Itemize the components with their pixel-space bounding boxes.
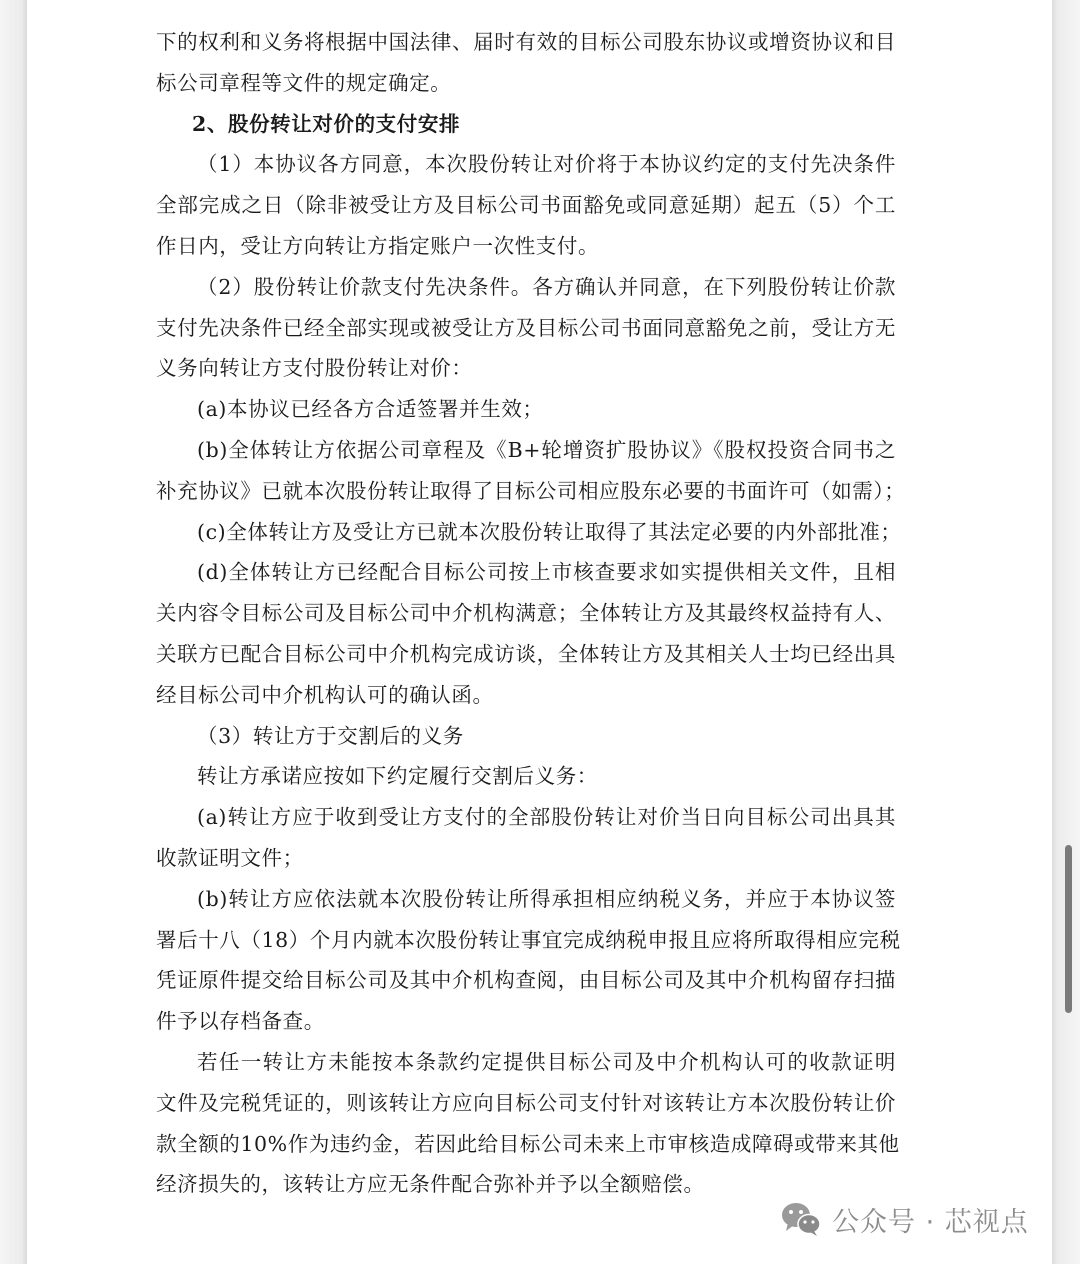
text-line: 转让方承诺应按如下约定履行交割后义务： <box>156 756 896 797</box>
text-line: （1）本协议各方同意，本次股份转让对价将于本协议约定的支付先决条件 <box>156 144 896 185</box>
scrollbar[interactable] <box>1060 0 1076 1264</box>
text-line: 关联方已配合目标公司中介机构完成访谈，全体转让方及其相关人士均已经出具 <box>156 634 896 675</box>
text-line: 凭证原件提交给目标公司及其中介机构查阅，由目标公司及其中介机构留存扫描 <box>156 960 896 1001</box>
wechat-icon <box>780 1201 822 1237</box>
left-margin <box>0 0 27 1264</box>
text-line: 补充协议》已就本次股份转让取得了目标公司相应股东必要的书面许可（如需）； <box>156 471 896 512</box>
text-line: 下的权利和义务将根据中国法律、届时有效的目标公司股东协议或增资协议和目 <box>156 22 896 63</box>
text-line: (c)全体转让方及受让方已就本次股份转让取得了其法定必要的内外部批准； <box>156 512 896 553</box>
text-line: 收款证明文件； <box>156 838 896 879</box>
document-body: 下的权利和义务将根据中国法律、届时有效的目标公司股东协议或增资协议和目 标公司章… <box>156 22 896 1205</box>
text-line: 件予以存档备查。 <box>156 1001 896 1042</box>
text-line: （3）转让方于交割后的义务 <box>156 716 896 757</box>
text-line: (b)转让方应依法就本次股份转让所得承担相应纳税义务，并应于本协议签 <box>156 879 896 920</box>
text-line: 标公司章程等文件的规定确定。 <box>156 63 896 104</box>
text-line: 作日内，受让方向转让方指定账户一次性支付。 <box>156 226 896 267</box>
text-line: （2）股份转让价款支付先决条件。各方确认并同意，在下列股份转让价款 <box>156 267 896 308</box>
text-line: 支付先决条件已经全部实现或被受让方及目标公司书面同意豁免之前，受让方无 <box>156 308 896 349</box>
watermark-text: 公众号 · 芯视点 <box>832 1200 1029 1239</box>
text-line: (d)全体转让方已经配合目标公司按上市核查要求如实提供相关文件，且相 <box>156 552 896 593</box>
section-heading: 2、股份转让对价的支付安排 <box>156 104 896 145</box>
text-line: 关内容令目标公司及目标公司中介机构满意；全体转让方及其最终权益持有人、 <box>156 593 896 634</box>
text-line: 署后十八（18）个月内就本次股份转让事宜完成纳税申报且应将所取得相应完税 <box>156 920 896 961</box>
text-line: (b)全体转让方依据公司章程及《B+轮增资扩股协议》《股权投资合同书之 <box>156 430 896 471</box>
text-line: 文件及完税凭证的，则该转让方应向目标公司支付针对该转让方本次股份转让价 <box>156 1083 896 1124</box>
text-line: 款全额的10%作为违约金，若因此给目标公司未来上市审核造成障碍或带来其他 <box>156 1124 896 1165</box>
scrollbar-thumb[interactable] <box>1065 845 1072 1013</box>
text-line: (a)本协议已经各方合适签署并生效； <box>156 389 896 430</box>
watermark: 公众号 · 芯视点 <box>780 1198 1029 1240</box>
text-line: (a)转让方应于收到受让方支付的全部股份转让对价当日向目标公司出具其 <box>156 797 896 838</box>
text-line: 义务向转让方支付股份转让对价： <box>156 348 896 389</box>
text-line: 经目标公司中介机构认可的确认函。 <box>156 675 896 716</box>
text-line: 全部完成之日（除非被受让方及目标公司书面豁免或同意延期）起五（5）个工 <box>156 185 896 226</box>
text-line: 若任一转让方未能按本条款约定提供目标公司及中介机构认可的收款证明 <box>156 1042 896 1083</box>
